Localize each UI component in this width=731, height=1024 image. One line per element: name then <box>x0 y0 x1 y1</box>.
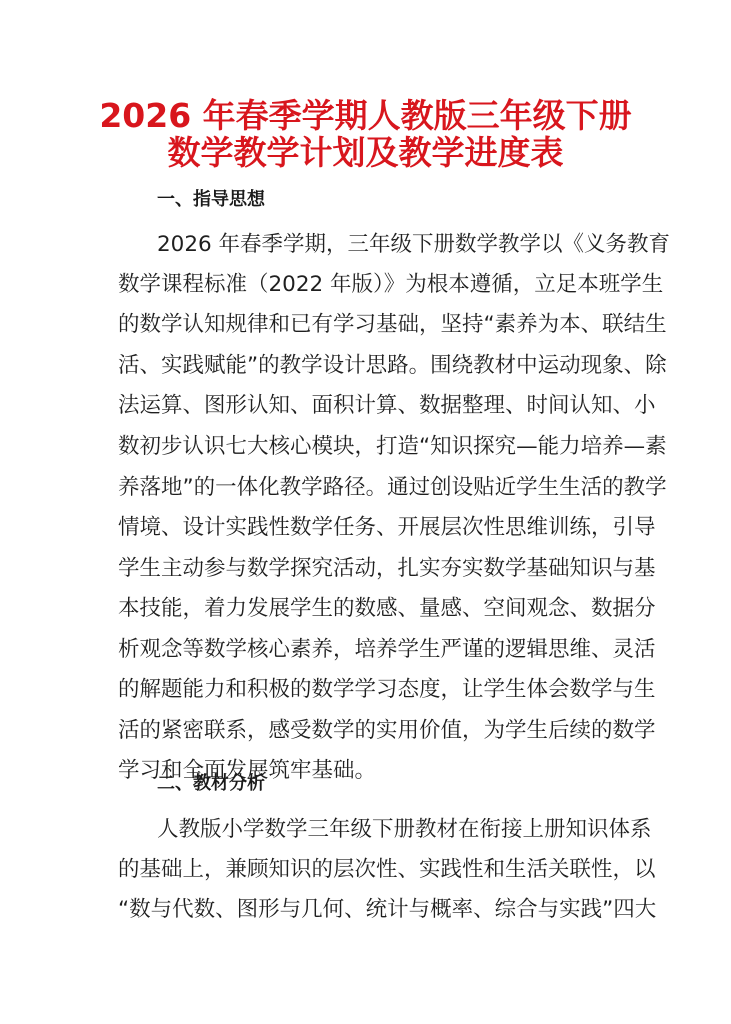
paragraph-line: 情境、设计实践性数学任务、开展层次性思维训练，引导 <box>118 514 604 542</box>
paragraph-line: 2026 年春季学期，三年级下册数学教学以《义务教育 <box>157 231 604 259</box>
paragraph-line: 的数学认知规律和已有学习基础，坚持“素养为本、联结生 <box>118 311 604 339</box>
section-heading-textbook-analysis: 二、教材分析 <box>157 772 265 796</box>
document-title-line-2: 数学教学计划及教学进度表 <box>0 134 731 172</box>
paragraph-line: 养落地”的一体化教学路径。通过创设贴近学生生活的教学 <box>118 474 604 502</box>
paragraph-line: 析观念等数学核心素养，培养学生严谨的逻辑思维、灵活 <box>118 636 604 664</box>
paragraph-line: 法运算、图形认知、面积计算、数据整理、时间认知、小 <box>118 392 604 420</box>
document-page: 2026 年春季学期人教版三年级下册 数学教学计划及教学进度表 一、指导思想 2… <box>0 0 731 1024</box>
document-title-line-1: 2026 年春季学期人教版三年级下册 <box>0 97 731 135</box>
paragraph-line: 的解题能力和积极的数学学习态度，让学生体会数学与生 <box>118 676 604 704</box>
paragraph-line: 本技能，着力发展学生的数感、量感、空间观念、数据分 <box>118 595 604 623</box>
paragraph-line: 学生主动参与数学探究活动，扎实夯实数学基础知识与基 <box>118 555 604 583</box>
paragraph-line: 数学课程标准（2022 年版）》为根本遵循，立足本班学生 <box>118 271 604 299</box>
paragraph-line: 活、实践赋能”的教学设计思路。围绕教材中运动现象、除 <box>118 352 604 380</box>
paragraph-line: 人教版小学数学三年级下册教材在衔接上册知识体系 <box>157 816 604 844</box>
paragraph-line: 的基础上，兼顾知识的层次性、实践性和生活关联性，以 <box>118 856 604 884</box>
section-heading-guiding-ideology: 一、指导思想 <box>157 188 265 212</box>
paragraph-line: “数与代数、图形与几何、统计与概率、综合与实践”四大 <box>118 896 604 924</box>
paragraph-line: 数初步认识七大核心模块，打造“知识探究—能力培养—素 <box>118 433 604 461</box>
paragraph-line: 活的紧密联系，感受数学的实用价值，为学生后续的数学 <box>118 717 604 745</box>
